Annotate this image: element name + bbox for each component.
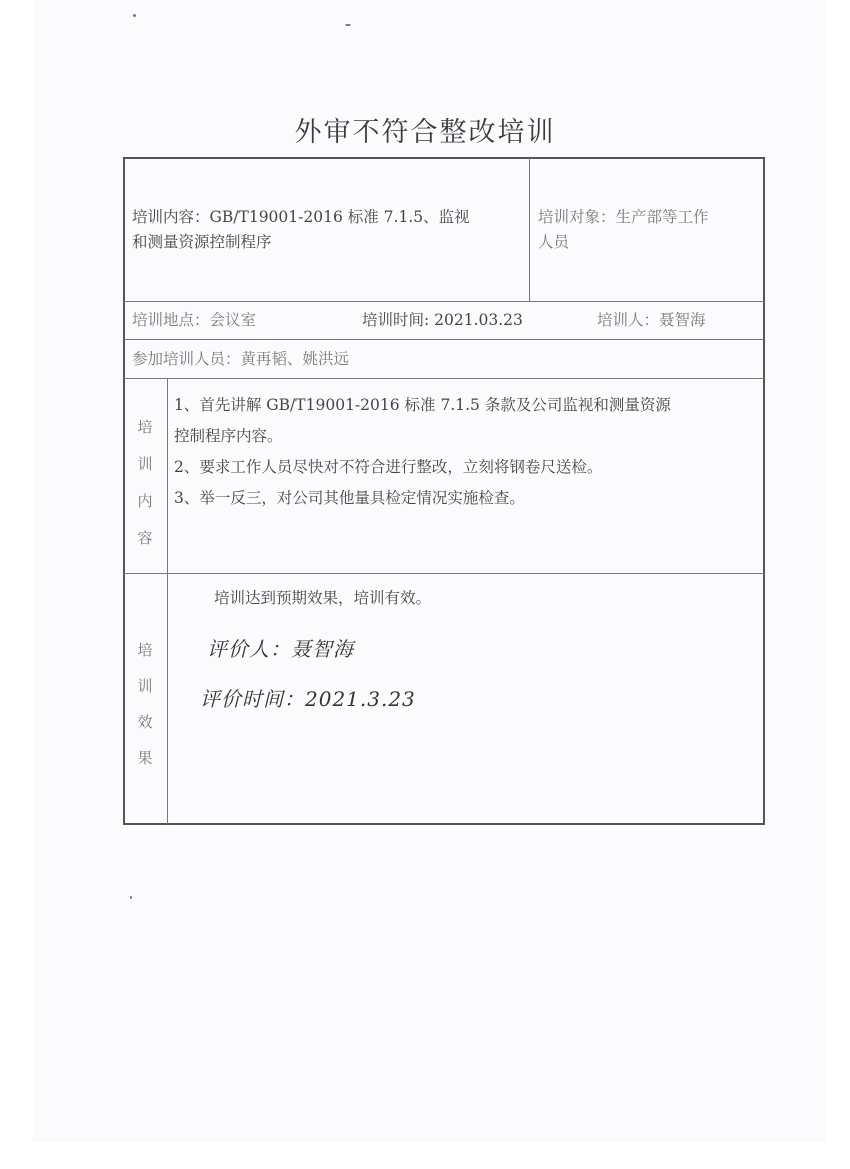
training-content-header-line1: 培训内容：GB/T19001-2016 标准 7.1.5、监视 [132, 205, 527, 230]
row-divider [124, 339, 764, 340]
content-line: 1、首先讲解 GB/T19001-2016 标准 7.1.5 条款及公司监视和测… [174, 390, 764, 421]
column-divider [529, 158, 530, 301]
content-label-char: 培 [123, 409, 167, 445]
effect-result-text: 培训达到预期效果，培训有效。 [214, 586, 431, 611]
effect-label-char: 果 [123, 740, 167, 776]
effect-label-char: 效 [123, 704, 167, 740]
document-title: 外审不符合整改培训 [0, 110, 850, 149]
column-divider [167, 379, 168, 824]
row-divider [124, 301, 764, 302]
evaluator-signature: 评价人：聂智海 [207, 633, 354, 662]
row-divider [124, 573, 764, 574]
participants: 参加培训人员：黄再韬、姚洪远 [132, 347, 349, 372]
content-line: 控制程序内容。 [174, 421, 764, 452]
content-label-char: 容 [123, 520, 167, 556]
training-target-line1: 培训对象：生产部等工作 [538, 205, 763, 230]
content-label-char: 内 [123, 483, 167, 519]
trainer: 培训人：聂智海 [597, 308, 706, 333]
scan-speck [133, 14, 136, 17]
content-section-body: 1、首先讲解 GB/T19001-2016 标准 7.1.5 条款及公司监视和测… [174, 390, 764, 514]
content-label-char: 训 [123, 446, 167, 482]
training-content-header-line2: 和测量资源控制程序 [132, 230, 527, 255]
training-content-header: 培训内容：GB/T19001-2016 标准 7.1.5、监视 和测量资源控制程… [132, 205, 527, 255]
evaluation-time-handwritten: 评价时间：2021.3.23 [200, 683, 416, 712]
training-target: 培训对象：生产部等工作 人员 [538, 205, 763, 255]
scan-speck [130, 896, 132, 899]
training-target-line2: 人员 [538, 230, 763, 255]
row-divider [124, 378, 764, 379]
scan-speck [345, 24, 351, 26]
training-location: 培训地点：会议室 [132, 308, 256, 333]
training-time: 培训时间: 2021.03.23 [362, 308, 523, 333]
effect-label-char: 培 [123, 632, 167, 668]
effect-label-char: 训 [123, 668, 167, 704]
content-line: 3、举一反三，对公司其他量具检定情况实施检查。 [174, 483, 764, 514]
content-line: 2、要求工作人员尽快对不符合进行整改，立刻将钢卷尺送检。 [174, 452, 764, 483]
